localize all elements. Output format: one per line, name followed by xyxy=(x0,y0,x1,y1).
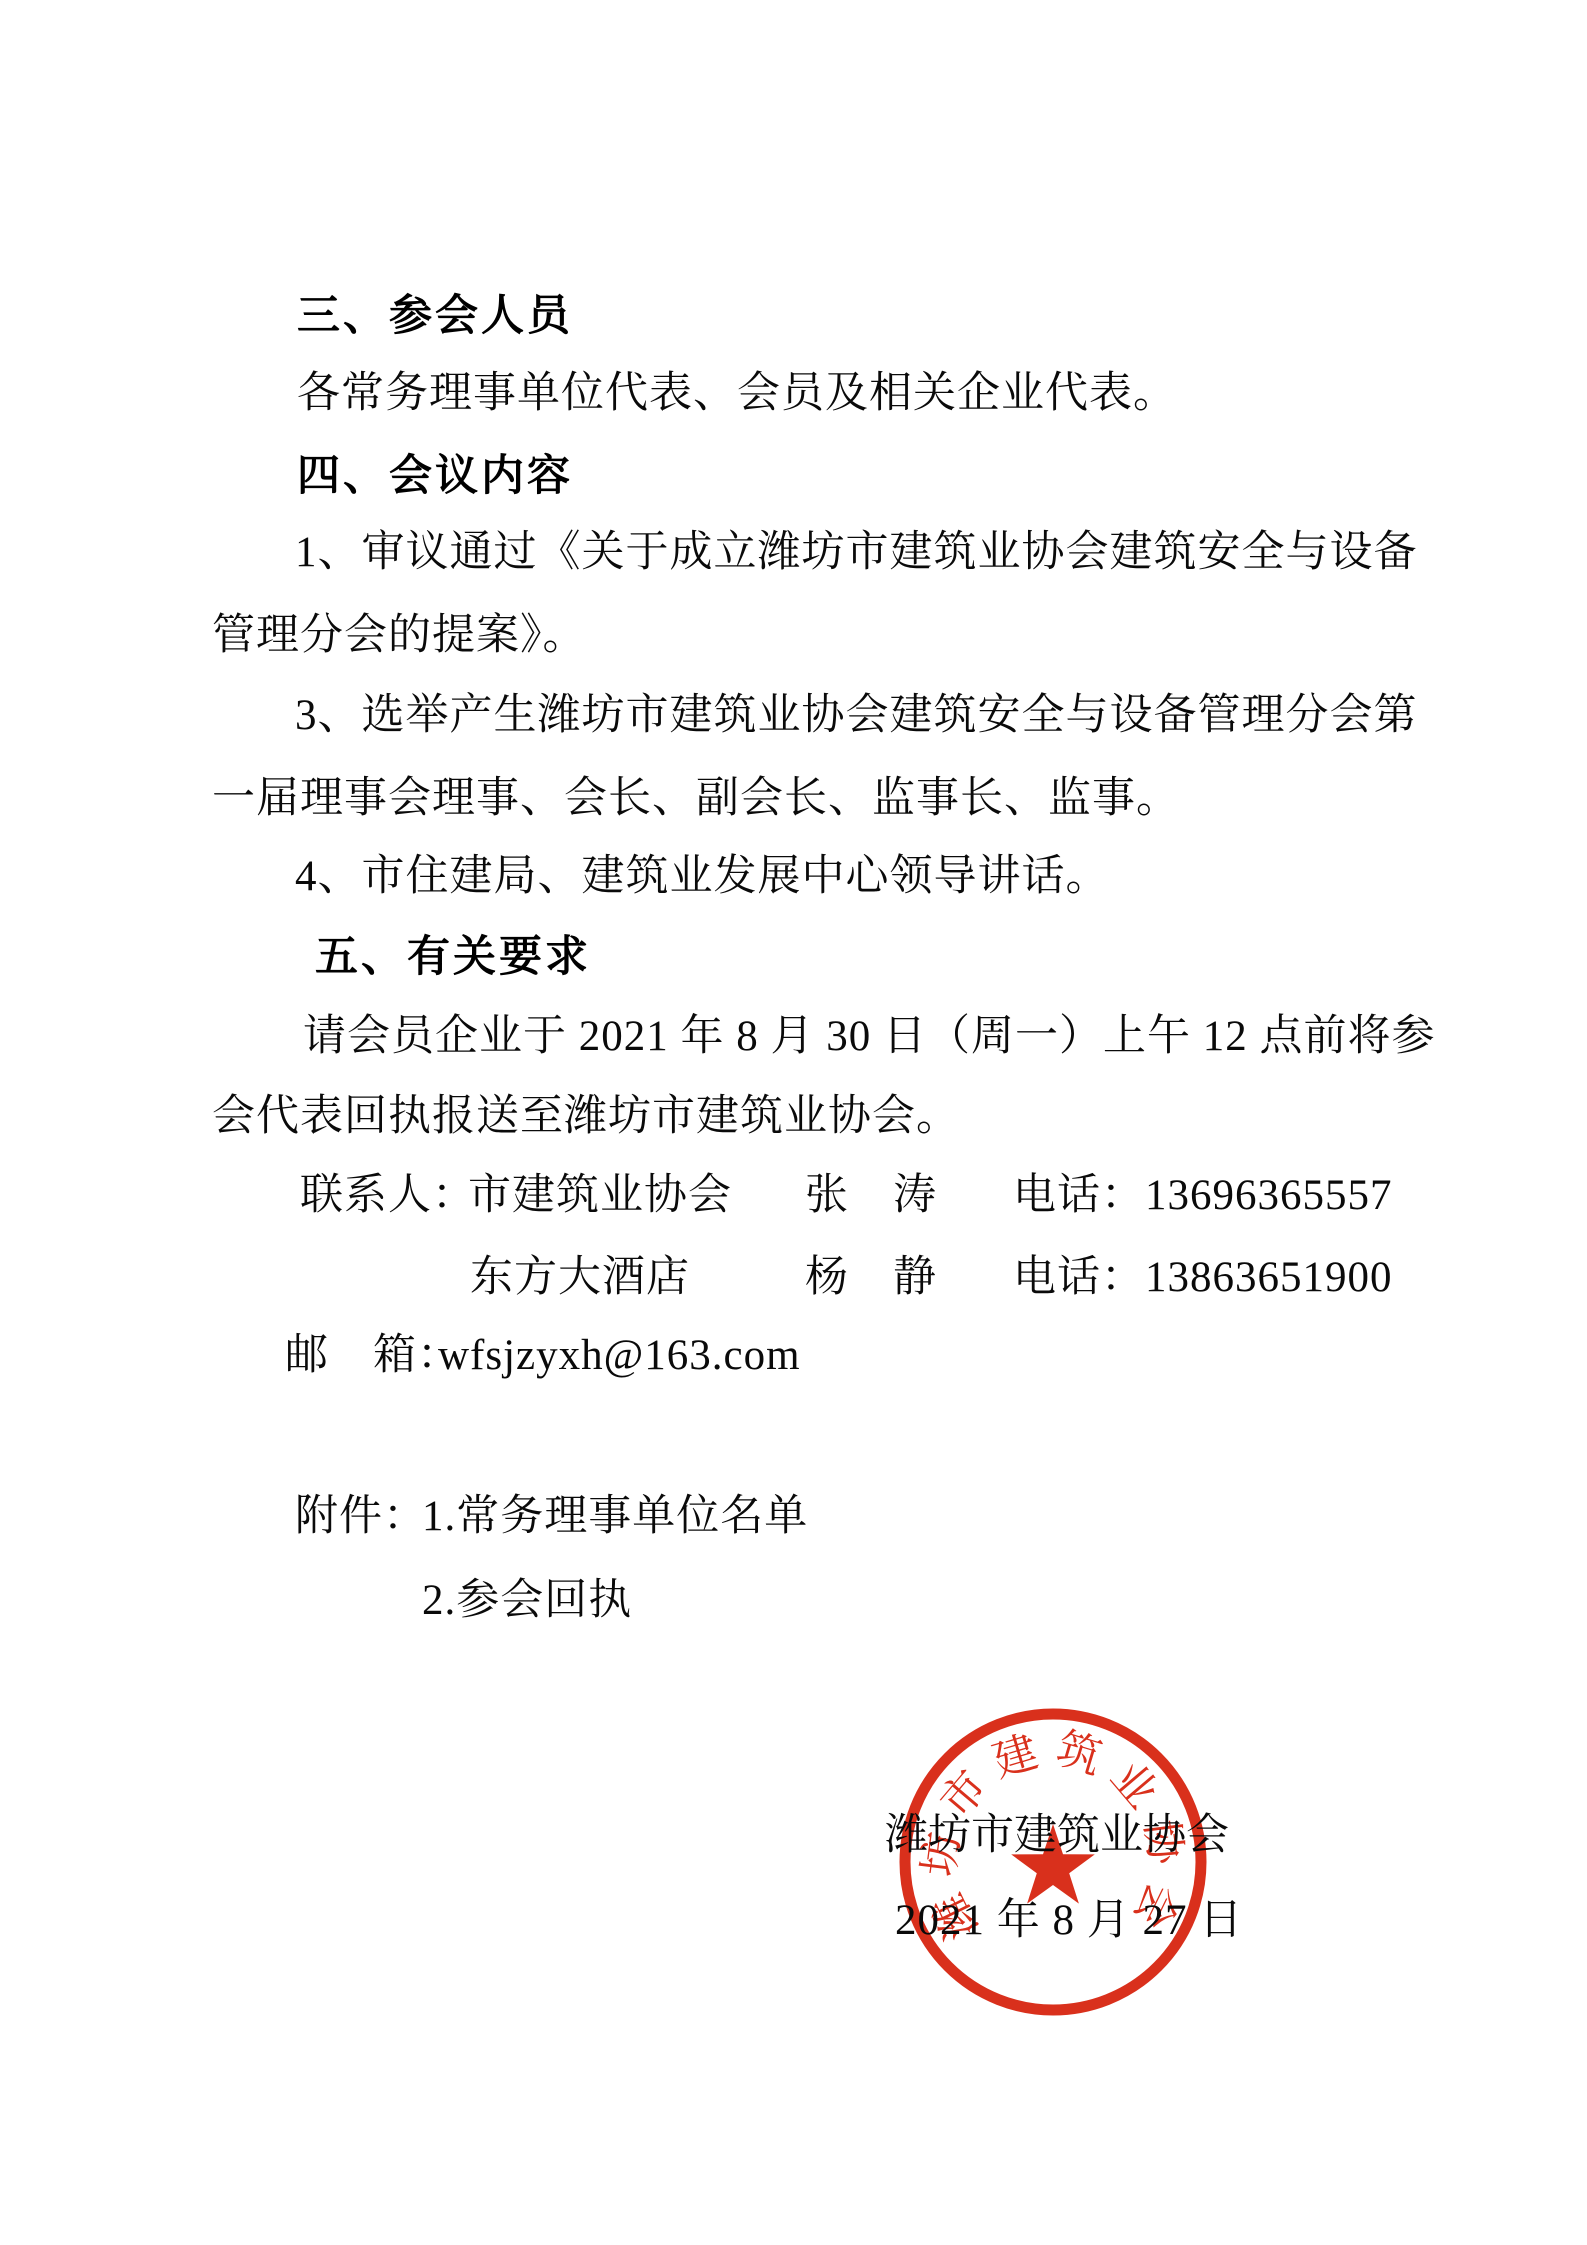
contact-org: 市建筑业协会 xyxy=(468,1170,732,1222)
section-heading-attendees: 三、参会人员 xyxy=(297,290,1587,346)
contact-phone: 电话：13863651900 xyxy=(1013,1252,1393,1304)
section-heading-requirements: 五、有关要求 xyxy=(315,931,1587,987)
contact-row: 联系人： 市建筑业协会 张 涛 电话：13696365557 xyxy=(0,1170,1587,1226)
contact-phone: 电话：13696365557 xyxy=(1013,1170,1393,1222)
paragraph-attendees: 各常务理事单位代表、会员及相关企业代表。 xyxy=(297,368,1587,424)
agenda-item-3-line-2: 一届理事会理事、会长、副会长、监事长、监事。 xyxy=(212,773,1587,829)
requirements-line-2: 会代表回执报送至潍坊市建筑业协会。 xyxy=(212,1091,1587,1147)
agenda-item-1-line-1: 1、审议通过《关于成立潍坊市建筑业协会建筑安全与设备 xyxy=(295,527,1587,583)
contact-row: 东方大酒店 杨 静 电话：13863651900 xyxy=(0,1252,1587,1308)
attachments-label: 附件： xyxy=(295,1491,427,1543)
contact-name: 杨 静 xyxy=(805,1252,937,1304)
agenda-item-1-line-2: 管理分会的提案》。 xyxy=(212,610,1587,666)
agenda-item-4: 4、市住建局、建筑业发展中心领导讲话。 xyxy=(295,851,1587,907)
signature-date: 2021 年 8 月 27 日 xyxy=(895,1895,1587,1951)
attachment-item: 2.参会回执 xyxy=(422,1575,632,1627)
contact-name: 张 涛 xyxy=(805,1170,937,1222)
contact-org: 东方大酒店 xyxy=(470,1252,690,1304)
email-label: 邮 箱： xyxy=(285,1330,461,1382)
attachments-row: 附件： 1.常务理事单位名单 xyxy=(0,1491,1587,1547)
agenda-item-3-line-1: 3、选举产生潍坊市建筑业协会建筑安全与设备管理分会第 xyxy=(295,690,1587,746)
section-heading-content: 四、会议内容 xyxy=(297,450,1587,506)
attachments-row: 2.参会回执 xyxy=(0,1575,1587,1631)
email-row: 邮 箱： wfsjzyxh@163.com xyxy=(0,1330,1587,1386)
document-page: 三、参会人员 各常务理事单位代表、会员及相关企业代表。 四、会议内容 1、审议通… xyxy=(0,0,1587,2245)
requirements-line-1: 请会员企业于 2021 年 8 月 30 日（周一）上午 12 点前将参 xyxy=(303,1011,1587,1067)
attachment-item: 1.常务理事单位名单 xyxy=(422,1491,808,1543)
email-address: wfsjzyxh@163.com xyxy=(438,1330,801,1382)
signature-org: 潍坊市建筑业协会 xyxy=(885,1810,1587,1866)
contact-label: 联系人： xyxy=(300,1170,476,1222)
